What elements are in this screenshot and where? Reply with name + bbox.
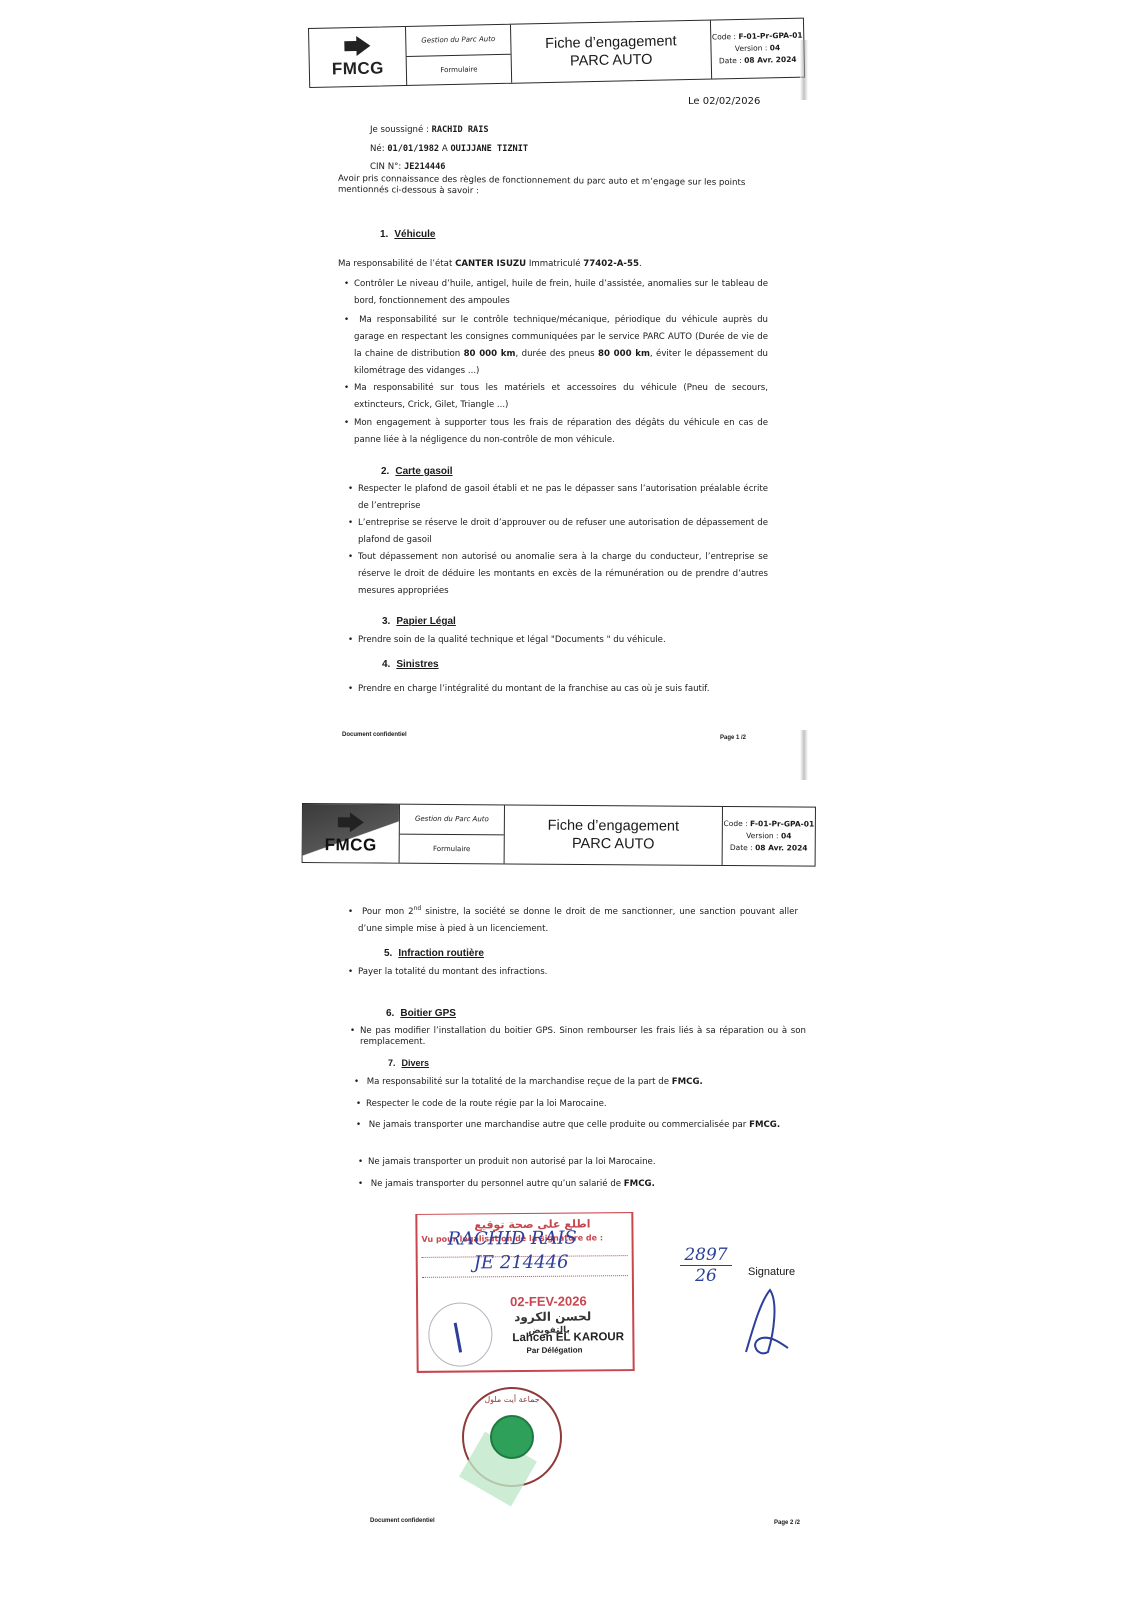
section-number: 3.: [382, 616, 390, 627]
title-line-1: Fiche d’engagement: [548, 817, 680, 836]
undersigned-name: RACHID RAIS: [432, 125, 489, 135]
list-item: Ma responsabilité sur la totalité de la …: [350, 1074, 804, 1091]
code-value: F-01-Pr-GPA-01: [738, 31, 802, 41]
department: Gestion du Parc Auto: [406, 25, 511, 57]
text: Ne jamais transporter une marchandise au…: [369, 1120, 749, 1130]
stamp-round-seal: [428, 1302, 493, 1367]
brand-name: FMCG: [325, 835, 377, 855]
vehicle-model: CANTER ISUZU: [455, 259, 526, 269]
page-number: Page 2 /2: [774, 1520, 800, 1526]
fmcg-logo-icon: [336, 811, 366, 833]
title-line-1: Fiche d’engagement: [545, 32, 677, 53]
stamp-official-name: Lahcen EL KAROUR: [512, 1331, 624, 1344]
section-number: 1.: [380, 229, 388, 240]
birth-label: Né:: [370, 144, 385, 154]
company-logo: FMCG: [309, 27, 407, 87]
version-label: Version :: [735, 43, 768, 53]
section-number: 7.: [388, 1058, 396, 1068]
version-value: 04: [781, 831, 792, 840]
department: Gestion du Parc Auto: [400, 805, 504, 835]
reference-bottom: 26: [680, 1266, 732, 1286]
document-title: Fiche d’engagement PARC AUTO: [505, 805, 723, 865]
code-value: F-01-Pr-GPA-01: [750, 819, 814, 828]
company-name: FMCG.: [672, 1077, 703, 1087]
signature-label: Signature: [748, 1266, 795, 1278]
section-number: 6.: [386, 1008, 394, 1019]
list-item: Ma responsabilité sur tous les matériels…: [340, 380, 768, 414]
list-item: Payer la totalité du montant des infract…: [344, 964, 798, 981]
seal-text: جماعة أيت ملول: [474, 1395, 550, 1404]
footer-confidential: Document confidentiel: [342, 732, 407, 738]
text: Ma responsabilité de l’état: [338, 259, 455, 269]
text: , durée des pneus: [515, 349, 598, 359]
date-value: 08 Avr. 2024: [755, 843, 808, 852]
undersigned-label: Je soussigné :: [370, 125, 429, 135]
header-department-cell: Gestion du Parc Auto Formulaire: [406, 25, 512, 85]
list-item: Ma responsabilité sur le contrôle techni…: [340, 312, 768, 380]
date-label: Date :: [730, 843, 753, 852]
section-title: Infraction routière: [398, 948, 484, 959]
list-item: Prendre en charge l’intégralité du monta…: [344, 681, 768, 698]
section-heading-divers: 7.Divers: [388, 1058, 429, 1068]
document-page-2: FMCG Gestion du Parc Auto Formulaire Fic…: [0, 780, 1131, 1599]
version-value: 04: [770, 43, 781, 52]
version-label: Version :: [746, 831, 779, 840]
seal-emblem-icon: [490, 1415, 534, 1459]
birth-date: 01/01/1982: [387, 144, 439, 154]
handwritten-id: JE 214446: [474, 1252, 569, 1274]
chain-lifetime: 80 000 km: [464, 349, 516, 359]
vehicle-responsibility: Ma responsabilité de l’état CANTER ISUZU…: [338, 256, 758, 273]
footer-confidential: Document confidentiel: [370, 1518, 435, 1524]
undersigned-line: Je soussigné : RACHID RAIS: [370, 121, 489, 139]
birth-line: Né: 01/01/1982 A OUIJJANE TIZNIT: [370, 140, 528, 158]
document-type: Formulaire: [400, 834, 504, 863]
title-line-2: PARC AUTO: [572, 835, 655, 854]
stamp-delegation: Par Délégation: [526, 1346, 582, 1355]
handwritten-name: RACHID RAIS: [447, 1228, 576, 1250]
text: Immatriculé: [526, 259, 583, 269]
document-code-cell: Code : F-01-Pr-GPA-01 Version : 04 Date …: [711, 19, 804, 79]
document-header: FMCG Gestion du Parc Auto Formulaire Fic…: [302, 803, 816, 867]
text: Ma responsabilité sur la totalité de la …: [367, 1077, 672, 1087]
document-title: Fiche d’engagement PARC AUTO: [511, 21, 712, 83]
document-code-cell: Code : F-01-Pr-GPA-01 Version : 04 Date …: [723, 807, 815, 866]
scan-artifact: [800, 730, 808, 780]
list-item: Pour mon 2nd sinistre, la société se don…: [344, 900, 798, 938]
date-label: Date :: [719, 56, 742, 65]
intro-paragraph: Avoir pris connaissance des règles de fo…: [338, 174, 758, 200]
text: sinistre, la société se donne le droit d…: [358, 907, 798, 934]
section-heading-sinistres: 4.Sinistres: [382, 659, 439, 670]
municipal-seal: جماعة أيت ملول: [462, 1387, 562, 1487]
title-line-2: PARC AUTO: [570, 51, 653, 71]
list-item: Ne jamais transporter une marchandise au…: [352, 1120, 812, 1131]
list-item: Contrôler Le niveau d’huile, antigel, hu…: [340, 276, 768, 310]
section-heading-infraction: 5.Infraction routière: [384, 948, 484, 959]
text: .: [639, 259, 642, 269]
stamp-date: 02-FEV-2026: [510, 1293, 587, 1309]
brand-name: FMCG: [332, 58, 384, 79]
section-heading-gps: 6.Boitier GPS: [386, 1008, 456, 1019]
list-item: Respecter le code de la route régie par …: [352, 1096, 806, 1113]
reference-top: 2897: [680, 1245, 732, 1265]
tire-lifetime: 80 000 km: [598, 349, 650, 359]
company-name: FMCG.: [749, 1120, 780, 1130]
stamp-arabic-name: لحسن الكرود: [514, 1309, 591, 1324]
date-value: 08 Avr. 2024: [744, 55, 797, 65]
code-label: Code :: [723, 819, 747, 828]
text: Ne jamais transporter du personnel autre…: [371, 1179, 624, 1189]
header-department-cell: Gestion du Parc Auto Formulaire: [400, 805, 505, 864]
list-item: Prendre soin de la qualité technique et …: [344, 632, 768, 649]
legalization-stamp: اطلع على صحة توقيع Vu pour légalisation …: [415, 1212, 634, 1373]
text: Pour mon 2: [362, 907, 414, 917]
company-name: FMCG.: [624, 1179, 655, 1189]
cin-value: JE214446: [404, 162, 445, 172]
document-date: Le 02/02/2026: [688, 96, 760, 107]
list-item: Ne jamais transporter du personnel autre…: [354, 1176, 808, 1193]
section-title: Divers: [402, 1058, 430, 1068]
vehicle-plate: 77402-A-55: [583, 259, 639, 269]
section-heading-vehicule: 1.Véhicule: [380, 229, 435, 240]
list-item: Mon engagement à supporter tous les frai…: [340, 415, 768, 449]
section-number: 2.: [381, 466, 389, 477]
section-heading-papier-legal: 3.Papier Légal: [382, 616, 456, 627]
list-item: Ne jamais transporter un produit non aut…: [354, 1154, 808, 1171]
fmcg-logo-icon: [342, 35, 372, 58]
cin-label: CIN N°:: [370, 162, 401, 172]
section-title: Véhicule: [394, 229, 435, 240]
birth-at: A: [442, 144, 448, 154]
list-item: Respecter le plafond de gasoil établi et…: [344, 481, 768, 515]
section-title: Boitier GPS: [400, 1008, 456, 1019]
page-number: Page 1 /2: [720, 735, 746, 741]
dotted-line: [422, 1275, 628, 1278]
document-page-1: FMCG Gestion du Parc Auto Formulaire Fic…: [0, 0, 1131, 780]
section-title: Sinistres: [396, 659, 438, 670]
document-header: FMCG Gestion du Parc Auto Formulaire Fic…: [308, 18, 805, 88]
list-item: Tout dépassement non autorisé ou anomali…: [344, 549, 768, 600]
scan-artifact: [800, 40, 808, 100]
list-item: Ne pas modifier l’installation du boitie…: [346, 1026, 806, 1048]
list-item: L’entreprise se réserve le droit d’appro…: [344, 515, 768, 549]
handwritten-signature: [738, 1282, 798, 1362]
section-heading-carte-gasoil: 2.Carte gasoil: [381, 466, 453, 477]
birth-place: OUIJJANE TIZNIT: [450, 144, 528, 154]
section-title: Papier Légal: [396, 616, 455, 627]
section-number: 4.: [382, 659, 390, 670]
company-logo: FMCG: [303, 804, 400, 863]
document-type: Formulaire: [407, 54, 512, 85]
section-number: 5.: [384, 948, 392, 959]
handwritten-reference-number: 2897 26: [680, 1245, 732, 1286]
section-title: Carte gasoil: [395, 466, 452, 477]
code-label: Code :: [712, 32, 736, 42]
